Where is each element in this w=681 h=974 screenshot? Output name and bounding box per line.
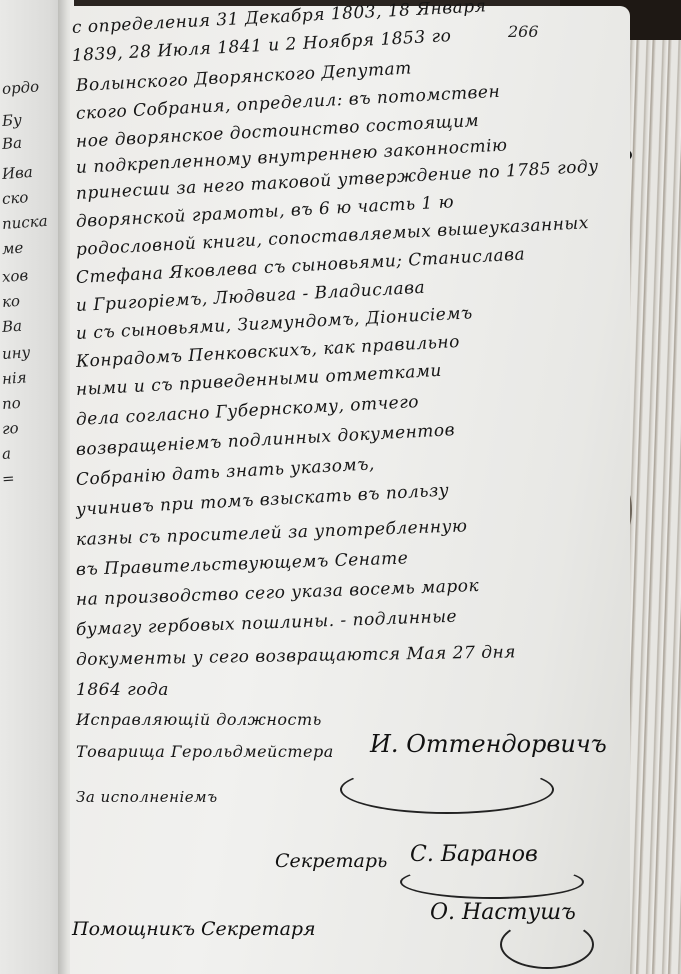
folio-number: 266 [508, 22, 539, 41]
signature-title: Секретарь [275, 850, 387, 872]
margin-fragment: Ва [1, 134, 22, 153]
signature-flourish [340, 765, 554, 814]
signature: И. Оттендорвичъ [370, 730, 607, 758]
text-line: 1864 года [76, 680, 169, 700]
margin-fragment: Ива [1, 163, 33, 183]
margin-fragment: хов [1, 266, 28, 286]
closing-line: Исправляющій должность [76, 710, 322, 729]
closing-line: За исполненіемъ [76, 788, 218, 806]
margin-fragment: писка [1, 212, 48, 233]
margin-fragment: = [1, 469, 15, 488]
margin-fragment: нія [1, 368, 27, 388]
signature-flourish [500, 920, 594, 969]
margin-fragment: Ва [1, 317, 22, 336]
margin-fragment: Бу [1, 111, 22, 130]
signature-title: Помощникъ Секретаря [72, 918, 316, 940]
closing-line: Товарища Герольдмейстера [76, 742, 334, 761]
signature: С. Баранов [410, 842, 538, 867]
margin-fragment: по [1, 394, 21, 413]
margin-fragment: а [1, 444, 11, 463]
margin-fragment: ордо [1, 77, 39, 98]
margin-fragment: ину [1, 343, 30, 363]
margin-fragment: го [1, 419, 19, 438]
margin-fragment: ме [1, 239, 24, 258]
signature-flourish [400, 865, 584, 899]
margin-fragment: ско [1, 188, 29, 208]
margin-fragment: ко [1, 292, 20, 311]
